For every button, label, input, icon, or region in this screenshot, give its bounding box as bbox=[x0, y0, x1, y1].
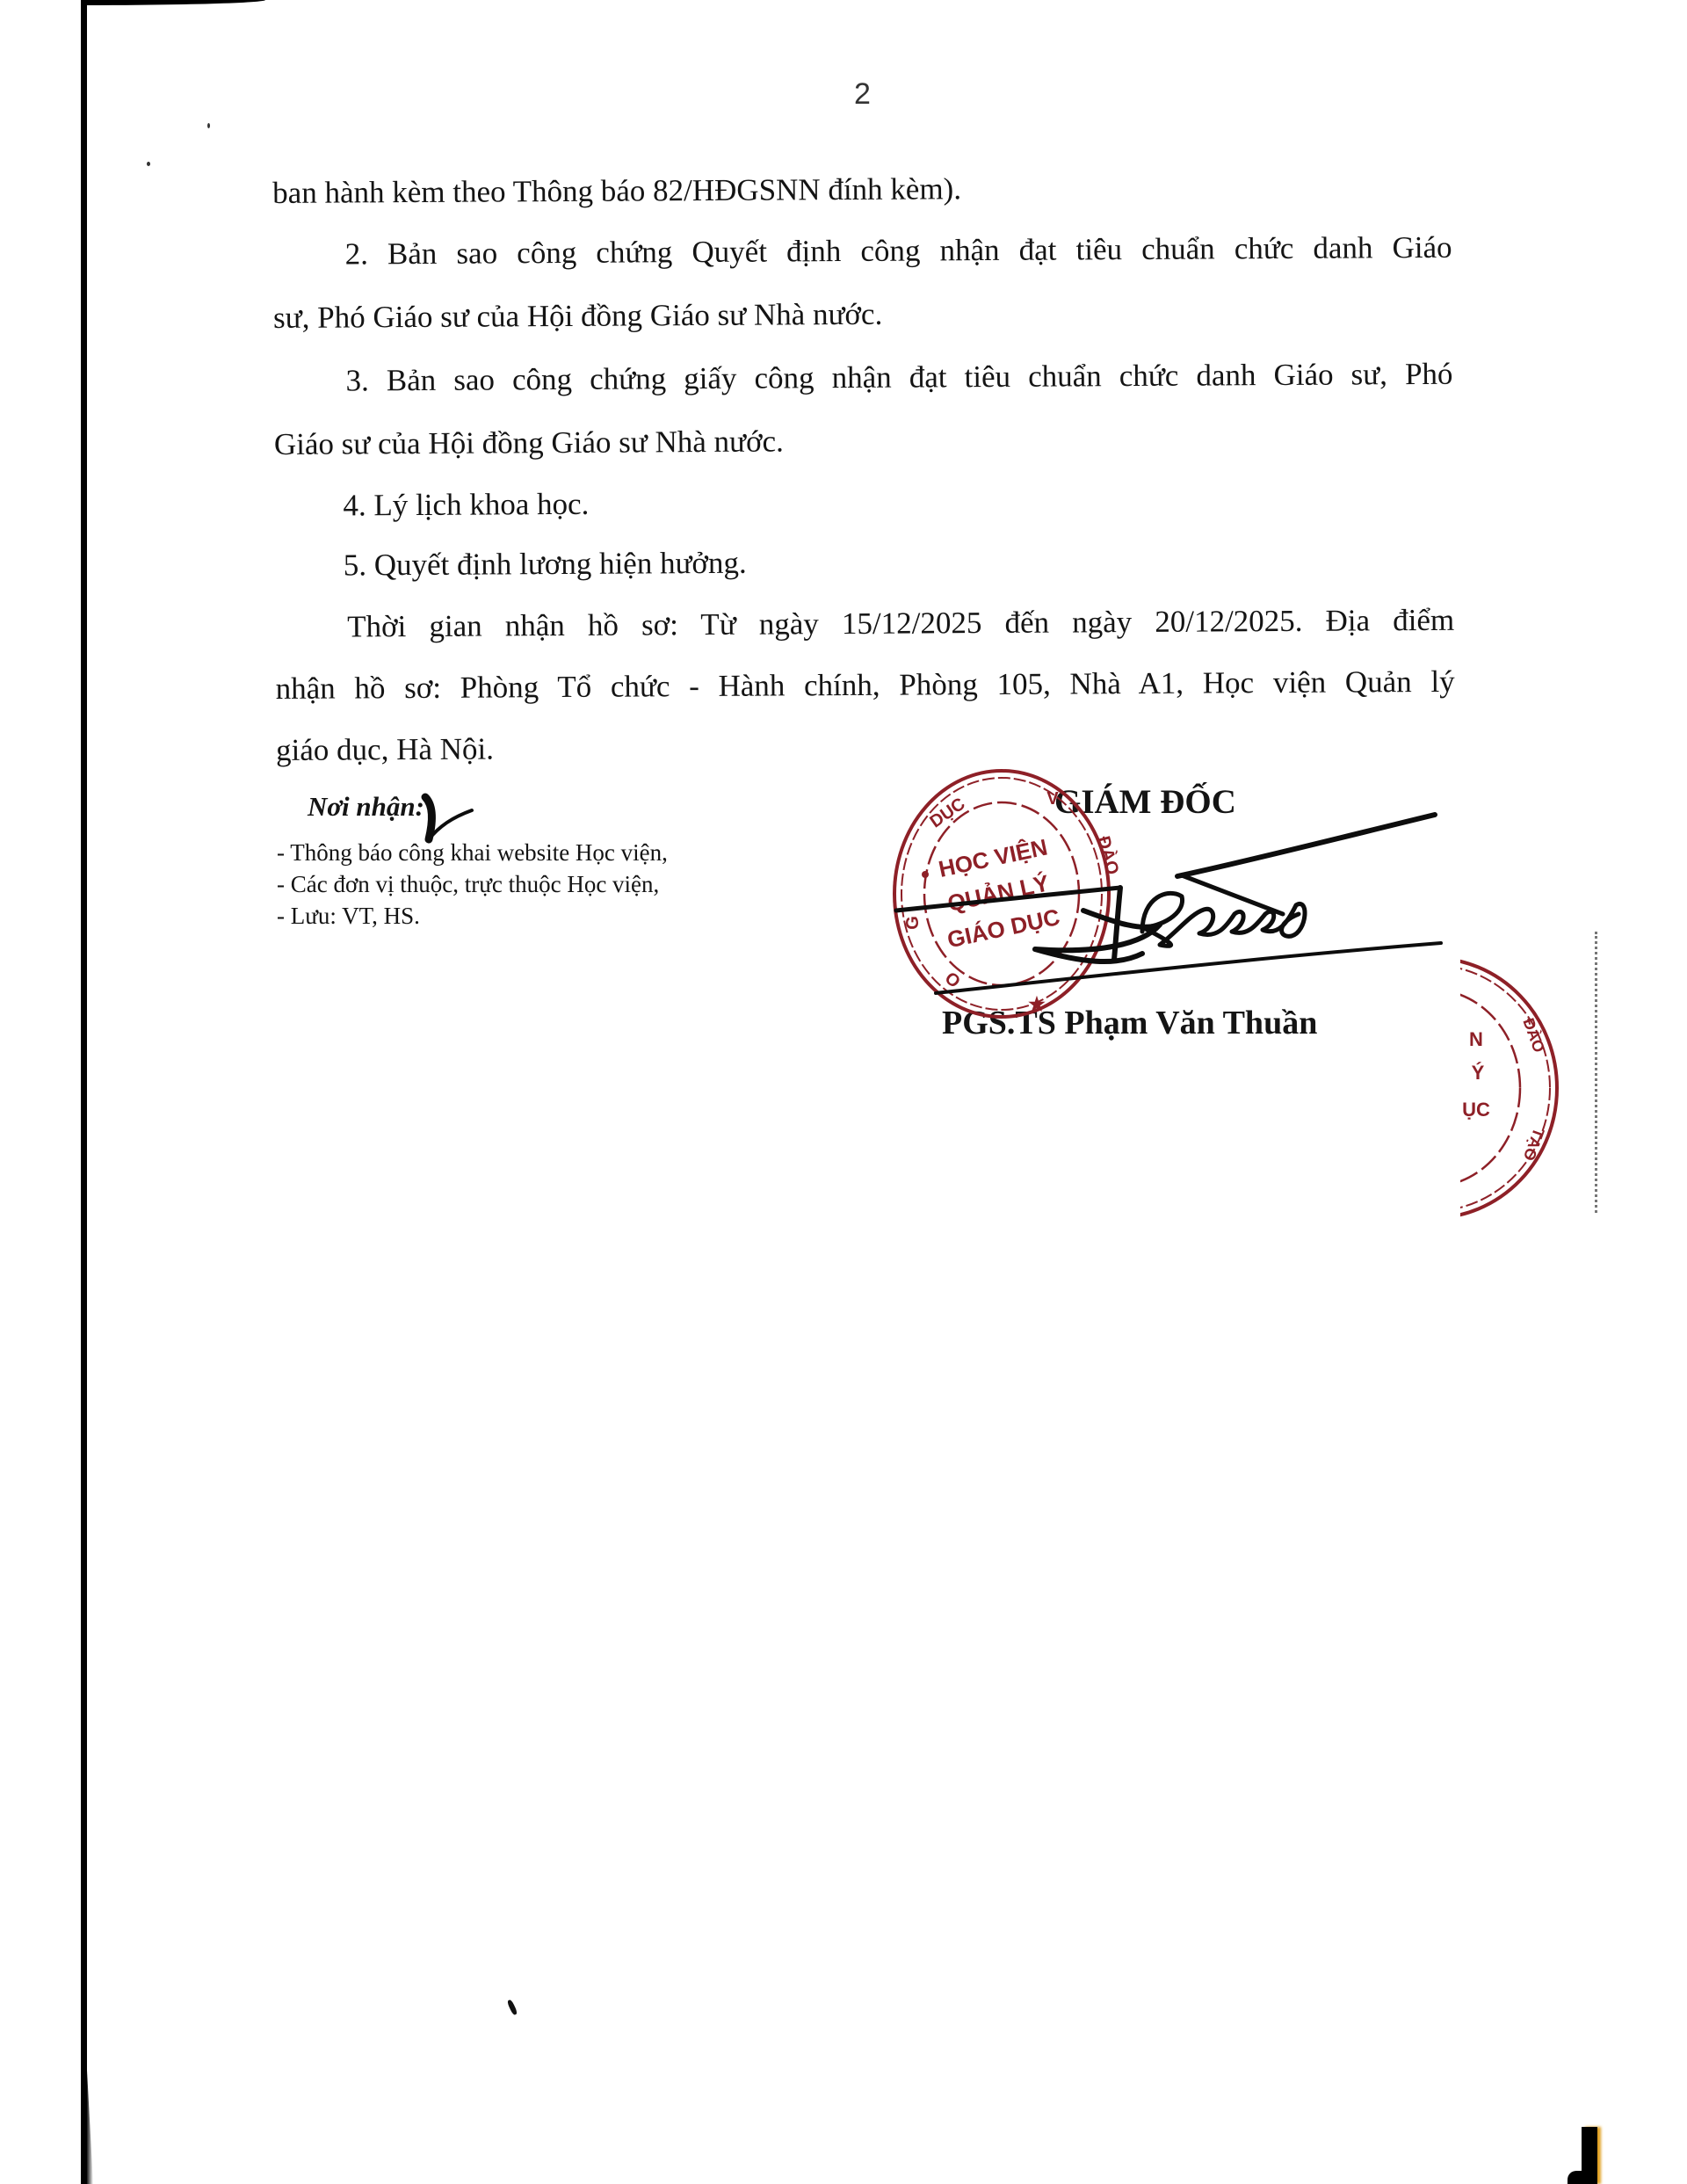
signer-title: GIÁM ĐỐC bbox=[1054, 782, 1236, 822]
scan-border-left bbox=[81, 0, 87, 2184]
page-edge-dotted-line bbox=[1595, 932, 1597, 1213]
scan-speck bbox=[207, 123, 210, 128]
stamp-ring-text: DỤC bbox=[926, 795, 968, 832]
handwritten-check-mark bbox=[425, 797, 472, 839]
page-number: 2 bbox=[854, 77, 871, 112]
partial-stamp-text: N bbox=[1469, 1028, 1483, 1050]
recipients-title: Nơi nhận: bbox=[308, 791, 424, 823]
stamp-line-1: HỌC VIỆN bbox=[937, 833, 1050, 882]
body-line-1: ban hành kèm theo Thông báo 82/HĐGSNN đí… bbox=[272, 158, 961, 224]
handwritten-signature bbox=[896, 815, 1441, 993]
scan-corner-bottom-right-foot bbox=[1568, 2171, 1589, 2184]
scan-border-left-foot bbox=[81, 2048, 93, 2184]
body-line-item-2-cont: sư, Phó Giáo sư của Hội đồng Giáo sư Nhà… bbox=[273, 284, 883, 349]
partial-stamp-ring-text: TẠO bbox=[1520, 1126, 1548, 1164]
scan-speck bbox=[147, 162, 150, 166]
body-line-location: nhận hồ sơ: Phòng Tổ chức - Hành chính, … bbox=[275, 651, 1454, 720]
document-body: ban hành kèm theo Thông báo 82/HĐGSNN đí… bbox=[272, 156, 1452, 163]
recipients-list: - Thông báo công khai website Học viện, … bbox=[277, 837, 668, 932]
partial-seal-icon: N Ý ỤC ĐÀO TẠO bbox=[1307, 958, 1557, 1218]
body-line-deadline: Thời gian nhận hồ sơ: Từ ngày 15/12/2025… bbox=[347, 590, 1454, 658]
recipient-item: - Các đơn vị thuộc, trực thuộc Học viện, bbox=[277, 868, 668, 900]
body-line-item-4: 4. Lý lịch khoa học. bbox=[343, 474, 589, 537]
body-line-item-5: 5. Quyết định lương hiện hưởng. bbox=[344, 533, 747, 597]
partial-stamp-ring-text: ĐÀO bbox=[1519, 1015, 1548, 1055]
body-line-item-3: 3. Bản sao công chứng giấy công nhận đạt… bbox=[345, 344, 1452, 412]
stamp-ring-text: G bbox=[903, 916, 923, 930]
partial-stamp-text: Ý bbox=[1472, 1062, 1485, 1084]
stamp-ring-text: O bbox=[941, 969, 964, 992]
scan-speck bbox=[506, 1999, 518, 2016]
stamp-line-3: GIÁO DỤC bbox=[945, 903, 1062, 953]
partial-stamp-text: ỤC bbox=[1462, 1099, 1490, 1121]
scan-border-top bbox=[81, 0, 265, 5]
body-line-item-2: 2. Bản sao công chứng Quyết định công nh… bbox=[344, 217, 1452, 286]
recipient-item: - Thông báo công khai website Học viện, bbox=[277, 837, 668, 868]
stamp-line-2: QUẢN LÝ bbox=[945, 869, 1052, 917]
body-line-location-cont: giáo dục, Hà Nội. bbox=[276, 718, 494, 781]
stamp-ring-text: ĐÀO bbox=[1093, 834, 1123, 877]
signer-name: PGS.TS Phạm Văn Thuần bbox=[942, 1004, 1317, 1042]
recipient-item: - Lưu: VT, HS. bbox=[277, 900, 668, 932]
body-line-item-3-cont: Giáo sư của Hội đồng Giáo sư Nhà nước. bbox=[274, 410, 784, 475]
